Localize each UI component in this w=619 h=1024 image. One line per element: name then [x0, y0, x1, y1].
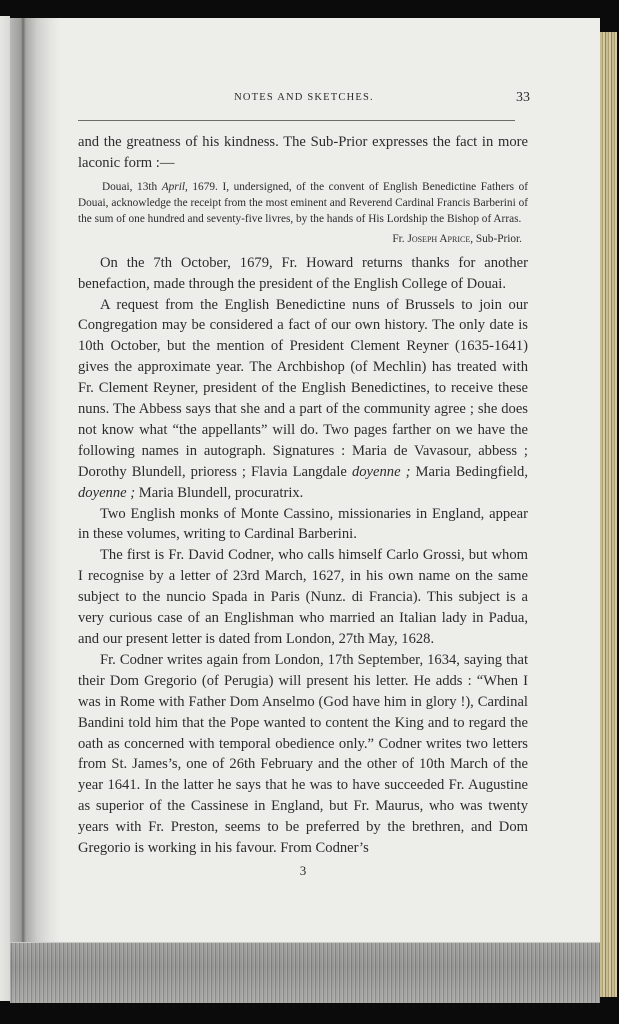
paragraph: Two English monks of Monte Cassino, miss…: [78, 504, 528, 546]
signature-mark: 3: [78, 861, 528, 882]
gutter-shadow: [10, 18, 60, 1003]
running-head: NOTES AND SKETCHES. 33: [78, 90, 530, 108]
page-number: 33: [516, 90, 530, 106]
scan-bottom-band: [10, 942, 600, 1003]
paragraph: On the 7th October, 1679, Fr. Howard ret…: [78, 253, 528, 295]
quote-signature: Fr. Joseph Aprice, Sub-Prior.: [78, 231, 528, 247]
paragraph: The first is Fr. David Codner, who calls…: [78, 545, 528, 650]
facing-page-edge: [0, 16, 10, 1001]
running-title: NOTES AND SKETCHES.: [78, 92, 530, 103]
paragraph: A request from the English Benedictine n…: [78, 295, 528, 504]
paragraph: and the greatness of his kindness. The S…: [78, 132, 528, 174]
block-quote: Douai, 13th April, 1679. I, undersigned,…: [78, 179, 528, 228]
header-rule: [78, 120, 515, 121]
body-text: and the greatness of his kindness. The S…: [78, 132, 528, 882]
quote-text: Douai, 13th April, 1679. I, undersigned,…: [78, 179, 528, 228]
book-fore-edge: [600, 32, 617, 997]
paragraph: Fr. Codner writes again from London, 17t…: [78, 650, 528, 859]
book-page: NOTES AND SKETCHES. 33 and the greatness…: [10, 18, 600, 1003]
